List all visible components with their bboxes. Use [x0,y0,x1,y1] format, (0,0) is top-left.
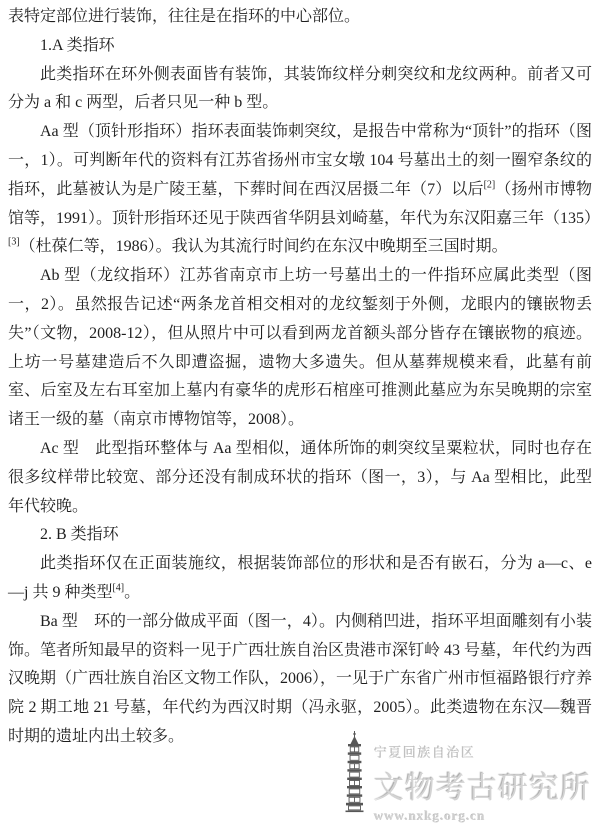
document-text-block: 表特定部位进行装饰，往往是在指环的中心部位。 1.A 类指环 此类指环在环外侧表… [8,3,592,752]
footnote-ref-4: [4] [112,583,124,594]
paragraph-type-ac: Ac 型 此型指环整体与 Aa 型相似，通体所饰的刺突纹呈粟粒状，同时也存在很多… [8,435,592,521]
paragraph-text: Ac 型 此型指环整体与 Aa 型相似，通体所饰的刺突纹呈粟粒状，同时也存在很多… [8,440,592,515]
document-page: 表特定部位进行装饰，往往是在指环的中心部位。 1.A 类指环 此类指环在环外侧表… [0,0,600,831]
paragraph-text: Ba 型 环的一部分做成平面（图一，4）。内侧稍凹进，指环平坦面雕刻有小装饰。笔… [8,613,592,745]
paragraph-type-aa: Aa 型（顶针形指环）指环表面装饰刺突纹，是报告中常称为“顶针”的指环（图一，1… [8,118,592,262]
watermark-org-name: 文物考古研究所 [374,763,591,807]
pagoda-icon [344,731,365,815]
footnote-ref-2: [2] [484,179,496,190]
section-heading-class-b: 2. B 类指环 [8,521,592,550]
paragraph-class-a-intro: 此类指环在环外侧表面皆有装饰，其装饰纹样分刺突纹和龙纹两种。前者又可分为 a 和… [8,61,592,119]
paragraph-text: 。 [124,584,140,601]
paragraph-class-b-intro: 此类指环仅在正面装施纹，根据装饰部位的形状和是否有嵌石，分为 a—c、e—j 共… [8,550,592,608]
footnote-ref-3: [3] [8,237,20,248]
watermark: 宁夏回族自治区 文物考古研究所 www.nxkg.org.cn [344,731,591,824]
heading-text: 1.A 类指环 [40,37,115,54]
paragraph-text: 此类指环仅在正面装施纹，根据装饰部位的形状和是否有嵌石，分为 a—c、e—j 共… [8,555,592,601]
paragraph-type-ab: Ab 型（龙纹指环）江苏省南京市上坊一号墓出土的一件指环应属此类型（图一，2）。… [8,262,592,435]
watermark-text-block: 宁夏回族自治区 文物考古研究所 www.nxkg.org.cn [374,731,591,824]
watermark-url: www.nxkg.org.cn [374,808,591,824]
paragraph-text: Ab 型（龙纹指环）江苏省南京市上坊一号墓出土的一件指环应属此类型（图一，2）。… [8,267,592,428]
paragraph-text: （杜葆仁等，1986）。我认为其流行时间约在东汉中晚期至三国时期。 [20,238,508,255]
paragraph-text: 表特定部位进行装饰，往往是在指环的中心部位。 [8,8,360,25]
watermark-region-label: 宁夏回族自治区 [374,742,591,761]
section-heading-class-a: 1.A 类指环 [8,32,592,61]
paragraph-text: 此类指环在环外侧表面皆有装饰，其装饰纹样分刺突纹和龙纹两种。前者又可分为 a 和… [8,66,592,112]
heading-text: 2. B 类指环 [40,526,119,543]
paragraph-continuation: 表特定部位进行装饰，往往是在指环的中心部位。 [8,3,592,32]
